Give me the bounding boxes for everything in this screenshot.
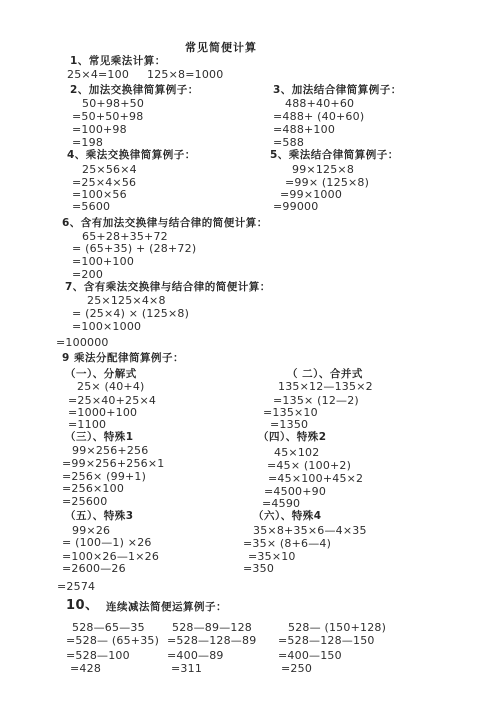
math-line: =100000 — [56, 336, 109, 349]
math-line: =311 — [171, 662, 202, 675]
part-5-label: （五）、特殊3 — [65, 510, 134, 523]
section-9-heading: 9 乘法分配律简算例子： — [62, 352, 184, 365]
math-line: 99×256+256 — [72, 444, 148, 457]
math-line: =428 — [70, 662, 101, 675]
math-line: =528—128—150 — [278, 634, 375, 647]
math-line: =488+ (40+60) — [273, 110, 364, 123]
section-4-heading: 4、乘法交换律简算例子： — [67, 149, 196, 162]
math-line: 528—89—128 — [172, 621, 252, 634]
part-4-label: （四）、特殊2 — [258, 431, 327, 444]
document-page: 常见简便计算 1、常见乘法计算：25×4=100125×8=10002、加法交换… — [0, 0, 500, 708]
math-line: =528—100 — [66, 649, 130, 662]
math-line: = (25×4) × (125×8) — [72, 307, 189, 320]
math-line: =1350 — [270, 418, 308, 431]
math-line: =45× (100+2) — [267, 459, 351, 472]
math-line: 528—65—35 — [72, 621, 145, 634]
section-10-heading: 连续减法简便运算例子： — [106, 601, 227, 614]
page-title: 常见简便计算 — [185, 39, 257, 55]
section-10-number: 10、 — [66, 599, 99, 612]
math-line: = (100—1) ×26 — [62, 536, 152, 549]
math-line: 25×56×4 — [82, 163, 137, 176]
part-3-label: （三）、特殊1 — [65, 431, 134, 444]
math-line: =45×100+45×2 — [268, 472, 363, 485]
math-line: =400—150 — [278, 649, 342, 662]
math-line: =100×1000 — [72, 320, 141, 333]
math-line: 25×125×4×8 — [87, 294, 166, 307]
math-line: =528—128—89 — [167, 634, 256, 647]
math-line: 528— (150+128) — [288, 621, 386, 634]
math-line: =2574 — [57, 580, 95, 593]
math-line: =35× (8+6—4) — [243, 537, 331, 550]
math-line: =50+50+98 — [72, 110, 143, 123]
math-line: =100+98 — [72, 123, 127, 136]
section-3-heading: 3、加法结合律简算例子： — [273, 84, 402, 97]
math-line: 25× (40+4) — [77, 380, 145, 393]
math-line: 25×4=100 — [67, 68, 129, 81]
math-line: = (65+35) + (28+72) — [72, 242, 196, 255]
math-line: =200 — [72, 268, 103, 281]
section-1-heading: 1、常见乘法计算： — [70, 55, 166, 68]
math-line: =250 — [281, 662, 312, 675]
math-line: =256×100 — [62, 482, 124, 495]
math-line: 135×12—135×2 — [278, 380, 373, 393]
math-line: 35×8+35×6—4×35 — [253, 524, 367, 537]
math-line: =1100 — [68, 418, 106, 431]
math-line: 125×8=1000 — [147, 68, 223, 81]
math-line: =99×256+256×1 — [62, 457, 164, 470]
section-5-heading: 5、乘法结合律简算例子： — [270, 149, 399, 162]
math-line: =4590 — [262, 497, 300, 510]
math-line: =198 — [72, 136, 103, 149]
math-line: =99000 — [273, 200, 318, 213]
math-line: =2600—26 — [62, 562, 126, 575]
section-2-heading: 2、加法交换律简算例子： — [70, 84, 199, 97]
part-6-label: （六）、特殊4 — [253, 510, 322, 523]
math-line: 99×125×8 — [292, 163, 354, 176]
math-line: =588 — [273, 136, 304, 149]
math-line: =5600 — [72, 200, 110, 213]
math-line: 50+98+50 — [82, 97, 144, 110]
math-line: =350 — [243, 562, 274, 575]
math-line: =488+100 — [273, 123, 335, 136]
math-line: =25600 — [62, 495, 107, 508]
math-line: =528— (65+35) — [66, 634, 159, 647]
math-line: 488+40+60 — [285, 97, 354, 110]
math-line: =100+100 — [72, 255, 134, 268]
math-line: 45×102 — [274, 446, 319, 459]
math-line: =400—89 — [167, 649, 224, 662]
section-6-heading: 6、含有加法交换律与结合律的简便计算： — [62, 217, 268, 230]
section-7-heading: 7、含有乘法交换律与结合律的简便计算： — [65, 281, 271, 294]
